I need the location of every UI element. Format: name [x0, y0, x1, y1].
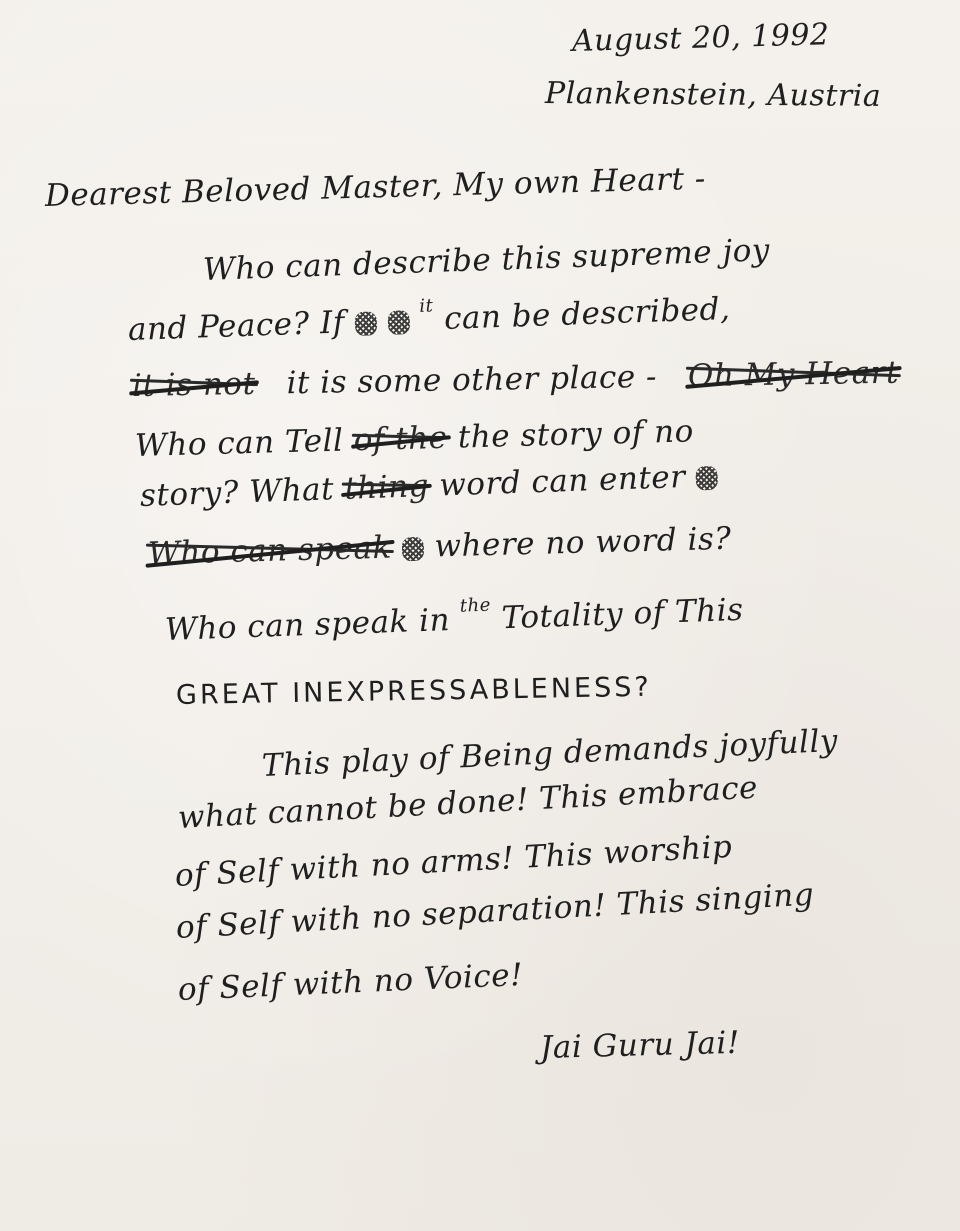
letter-line-4: Who can Tell of the the story of no — [135, 413, 695, 464]
struck-out-text: Who can speak — [148, 530, 393, 572]
line-3-text: it is some other place - — [286, 359, 657, 401]
letter-date: August 20, 1992 — [572, 17, 830, 59]
scribble-mark — [355, 311, 378, 336]
letter-salutation: Dearest Beloved Master, My own Heart - — [45, 161, 707, 214]
struck-out-text: thing — [344, 468, 430, 507]
line-2-start: and Peace? If — [127, 304, 345, 348]
scribble-mark — [387, 310, 410, 335]
letter-line-2: and Peace? If it can be described, — [127, 291, 730, 348]
letter-line-5: story? What thing word can enter — [139, 458, 718, 514]
line-4-end: the story of no — [457, 413, 694, 455]
line-7-end: Totality of This — [501, 592, 744, 636]
inserted-word: it — [419, 295, 434, 316]
letter-line-6: Who can speak where no word is? — [148, 521, 732, 572]
letter-closing: Jai Guru Jai! — [540, 1025, 741, 1066]
letter-place: Plankenstein, Austria — [545, 76, 881, 114]
line-5-end: word can enter — [439, 459, 686, 504]
letter-line-3: it is not it is some other place - Oh My… — [132, 355, 900, 404]
letter-line-7: Who can speak in the Totality of This — [164, 592, 744, 648]
struck-out-text: of the — [353, 420, 448, 458]
letter-line-8: GREAT INEXPRESSABLENESS? — [176, 672, 652, 711]
letter-line-1: Who can describe this supreme joy — [202, 232, 770, 288]
line-6-text: where no word is? — [434, 521, 732, 565]
scribble-mark — [402, 536, 425, 561]
handwritten-letter-page: August 20, 1992 Plankenstein, Austria De… — [0, 0, 960, 1231]
line-2-end: can be described, — [443, 291, 730, 337]
struck-out-text: it is not — [132, 366, 256, 404]
scribble-mark — [695, 465, 718, 490]
line-4-start: Who can Tell — [135, 423, 344, 464]
struck-out-text: Oh My Heart — [688, 355, 900, 395]
letter-line-13: of Self with no Voice! — [177, 957, 524, 1008]
line-7-start: Who can speak in — [164, 602, 450, 648]
inserted-word: the — [459, 595, 491, 617]
line-5-start: story? What — [139, 471, 334, 514]
